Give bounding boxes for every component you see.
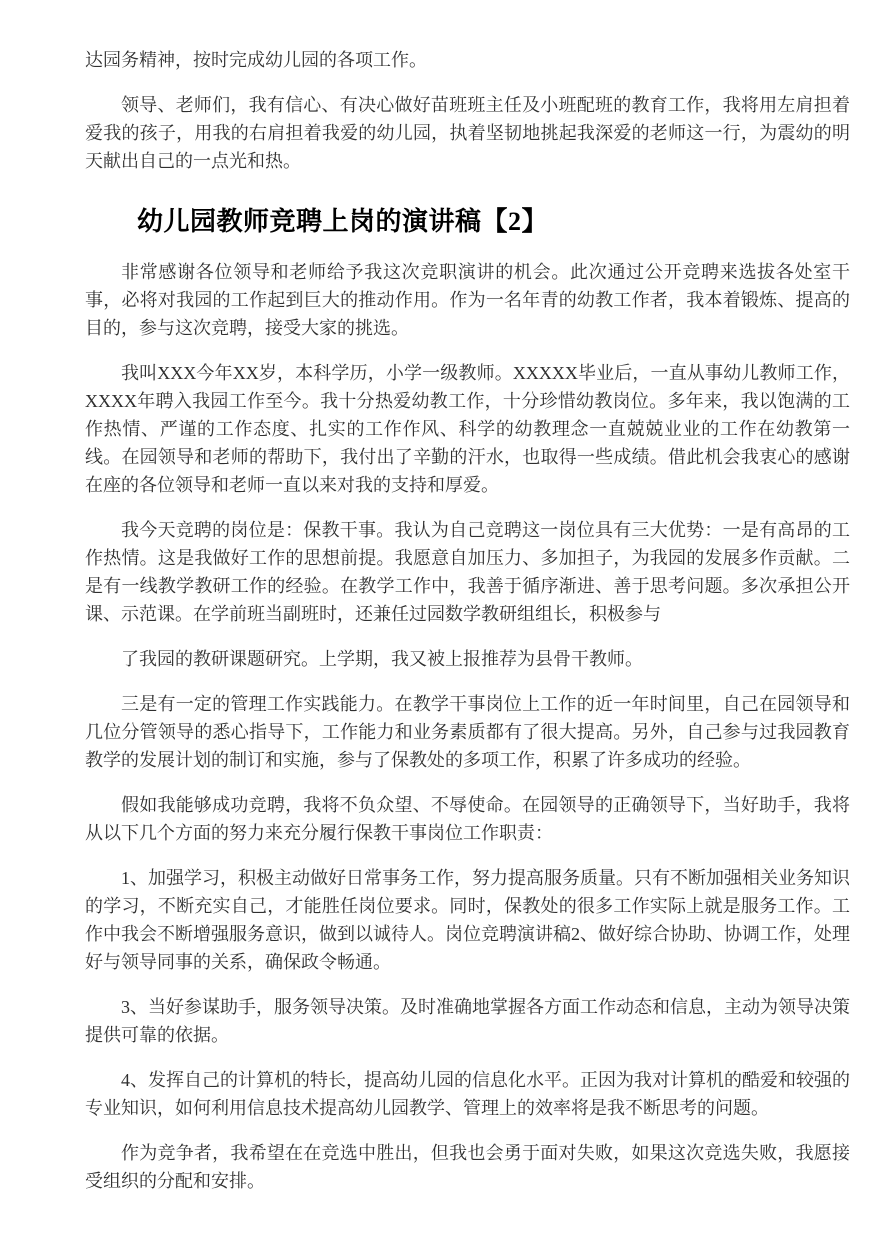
paragraph-numbered-item-3: 3、当好参谋助手，服务领导决策。及时准确地掌握各方面工作动态和信息，主动为领导决… <box>85 993 850 1049</box>
paragraph: 了我园的教研课题研究。上学期，我又被上报推荐为县骨干教师。 <box>85 645 850 673</box>
paragraph-numbered-item-1: 1、加强学习，积极主动做好日常事务工作，努力提高服务质量。只有不断加强相关业务知… <box>85 864 850 976</box>
paragraph: 我今天竞聘的岗位是：保教干事。我认为自己竞聘这一岗位具有三大优势：一是有高昂的工… <box>85 516 850 628</box>
paragraph-numbered-item-4: 4、发挥自己的计算机的特长，提高幼儿园的信息化水平。正因为我对计算机的酷爱和较强… <box>85 1066 850 1122</box>
paragraph: 假如我能够成功竞聘，我将不负众望、不辱使命。在园领导的正确领导下，当好助手，我将… <box>85 791 850 847</box>
paragraph: 三是有一定的管理工作实践能力。在教学干事岗位上工作的近一年时间里，自己在园领导和… <box>85 690 850 774</box>
paragraph: 我叫XXX今年XX岁，本科学历，小学一级教师。XXXXX毕业后，一直从事幼儿教师… <box>85 359 850 499</box>
document-page: 达园务精神，按时完成幼儿园的各项工作。 领导、老师们，我有信心、有决心做好苗班班… <box>0 0 884 1250</box>
paragraph-continuation: 达园务精神，按时完成幼儿园的各项工作。 <box>85 46 850 74</box>
paragraph: 领导、老师们，我有信心、有决心做好苗班班主任及小班配班的教育工作，我将用左肩担着… <box>85 91 850 175</box>
paragraph-closing: 作为竞争者，我希望在在竞选中胜出，但我也会勇于面对失败，如果这次竞选失败，我愿接… <box>85 1139 850 1195</box>
document-title: 幼儿园教师竞聘上岗的演讲稿【2】 <box>85 205 850 239</box>
paragraph: 非常感谢各位领导和老师给予我这次竞职演讲的机会。此次通过公开竞聘来选拔各处室干事… <box>85 258 850 342</box>
